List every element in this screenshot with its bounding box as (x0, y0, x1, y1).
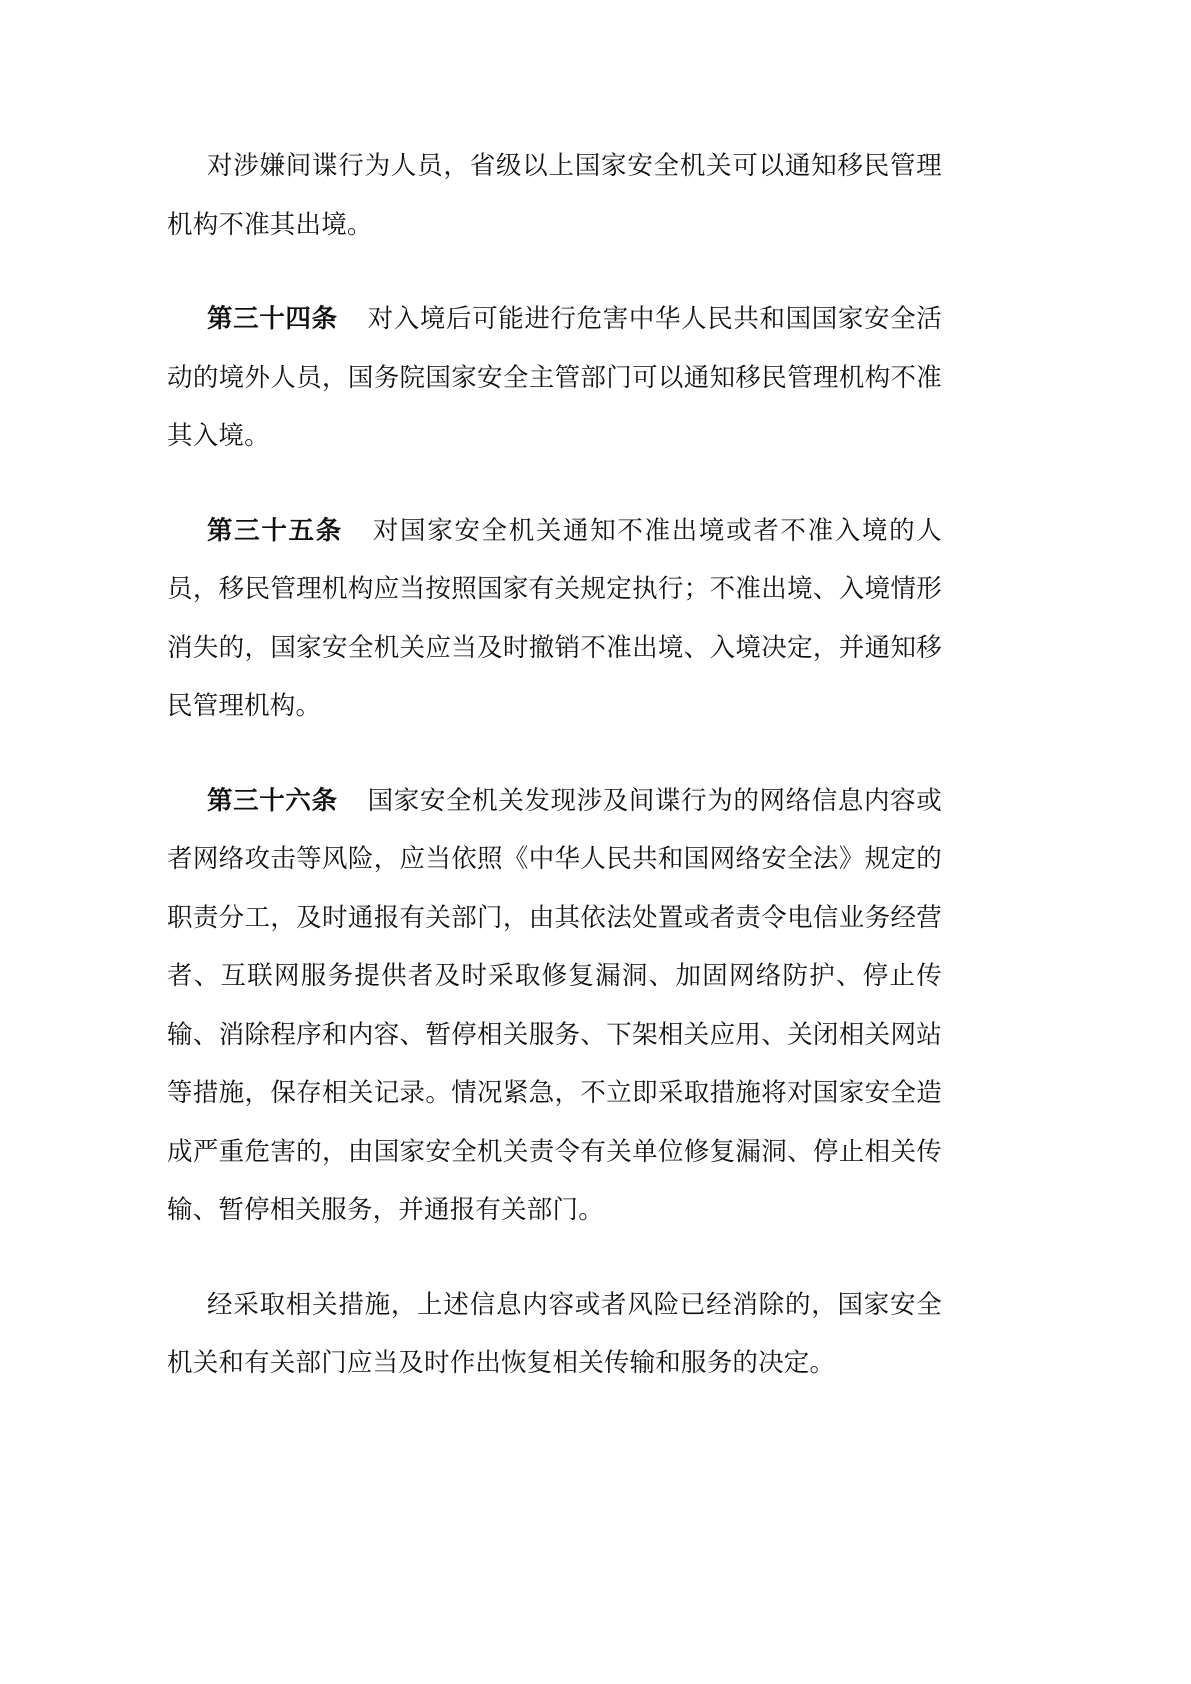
paragraph-text: 经采取相关措施，上述信息内容或者风险已经消除的，国家安全机关和有关部门应当及时作… (167, 1290, 942, 1379)
article-number: 第三十四条 (207, 304, 338, 334)
paragraph-article-34: 第三十四条对入境后可能进行危害中华人民共和国国家安全活动的境外人员，国务院国家安… (167, 290, 942, 466)
paragraph-exit-ban: 对涉嫌间谍行为人员，省级以上国家安全机关可以通知移民管理机构不准其出境。 (167, 137, 942, 254)
paragraph-text: 对涉嫌间谍行为人员，省级以上国家安全机关可以通知移民管理机构不准其出境。 (167, 151, 942, 240)
paragraph-text: 国家安全机关发现涉及间谍行为的网络信息内容或者网络攻击等风险，应当依照《中华人民… (167, 786, 942, 1226)
paragraph-article-36: 第三十六条国家安全机关发现涉及间谍行为的网络信息内容或者网络攻击等风险，应当依照… (167, 772, 942, 1240)
article-number: 第三十六条 (207, 786, 338, 816)
paragraph-restoration: 经采取相关措施，上述信息内容或者风险已经消除的，国家安全机关和有关部门应当及时作… (167, 1276, 942, 1393)
paragraph-article-35: 第三十五条对国家安全机关通知不准出境或者不准入境的人员，移民管理机构应当按照国家… (167, 502, 942, 736)
document-page: 对涉嫌间谍行为人员，省级以上国家安全机关可以通知移民管理机构不准其出境。 第三十… (167, 137, 942, 1429)
article-number: 第三十五条 (207, 516, 343, 546)
paragraph-text: 对国家安全机关通知不准出境或者不准入境的人员，移民管理机构应当按照国家有关规定执… (167, 516, 942, 722)
